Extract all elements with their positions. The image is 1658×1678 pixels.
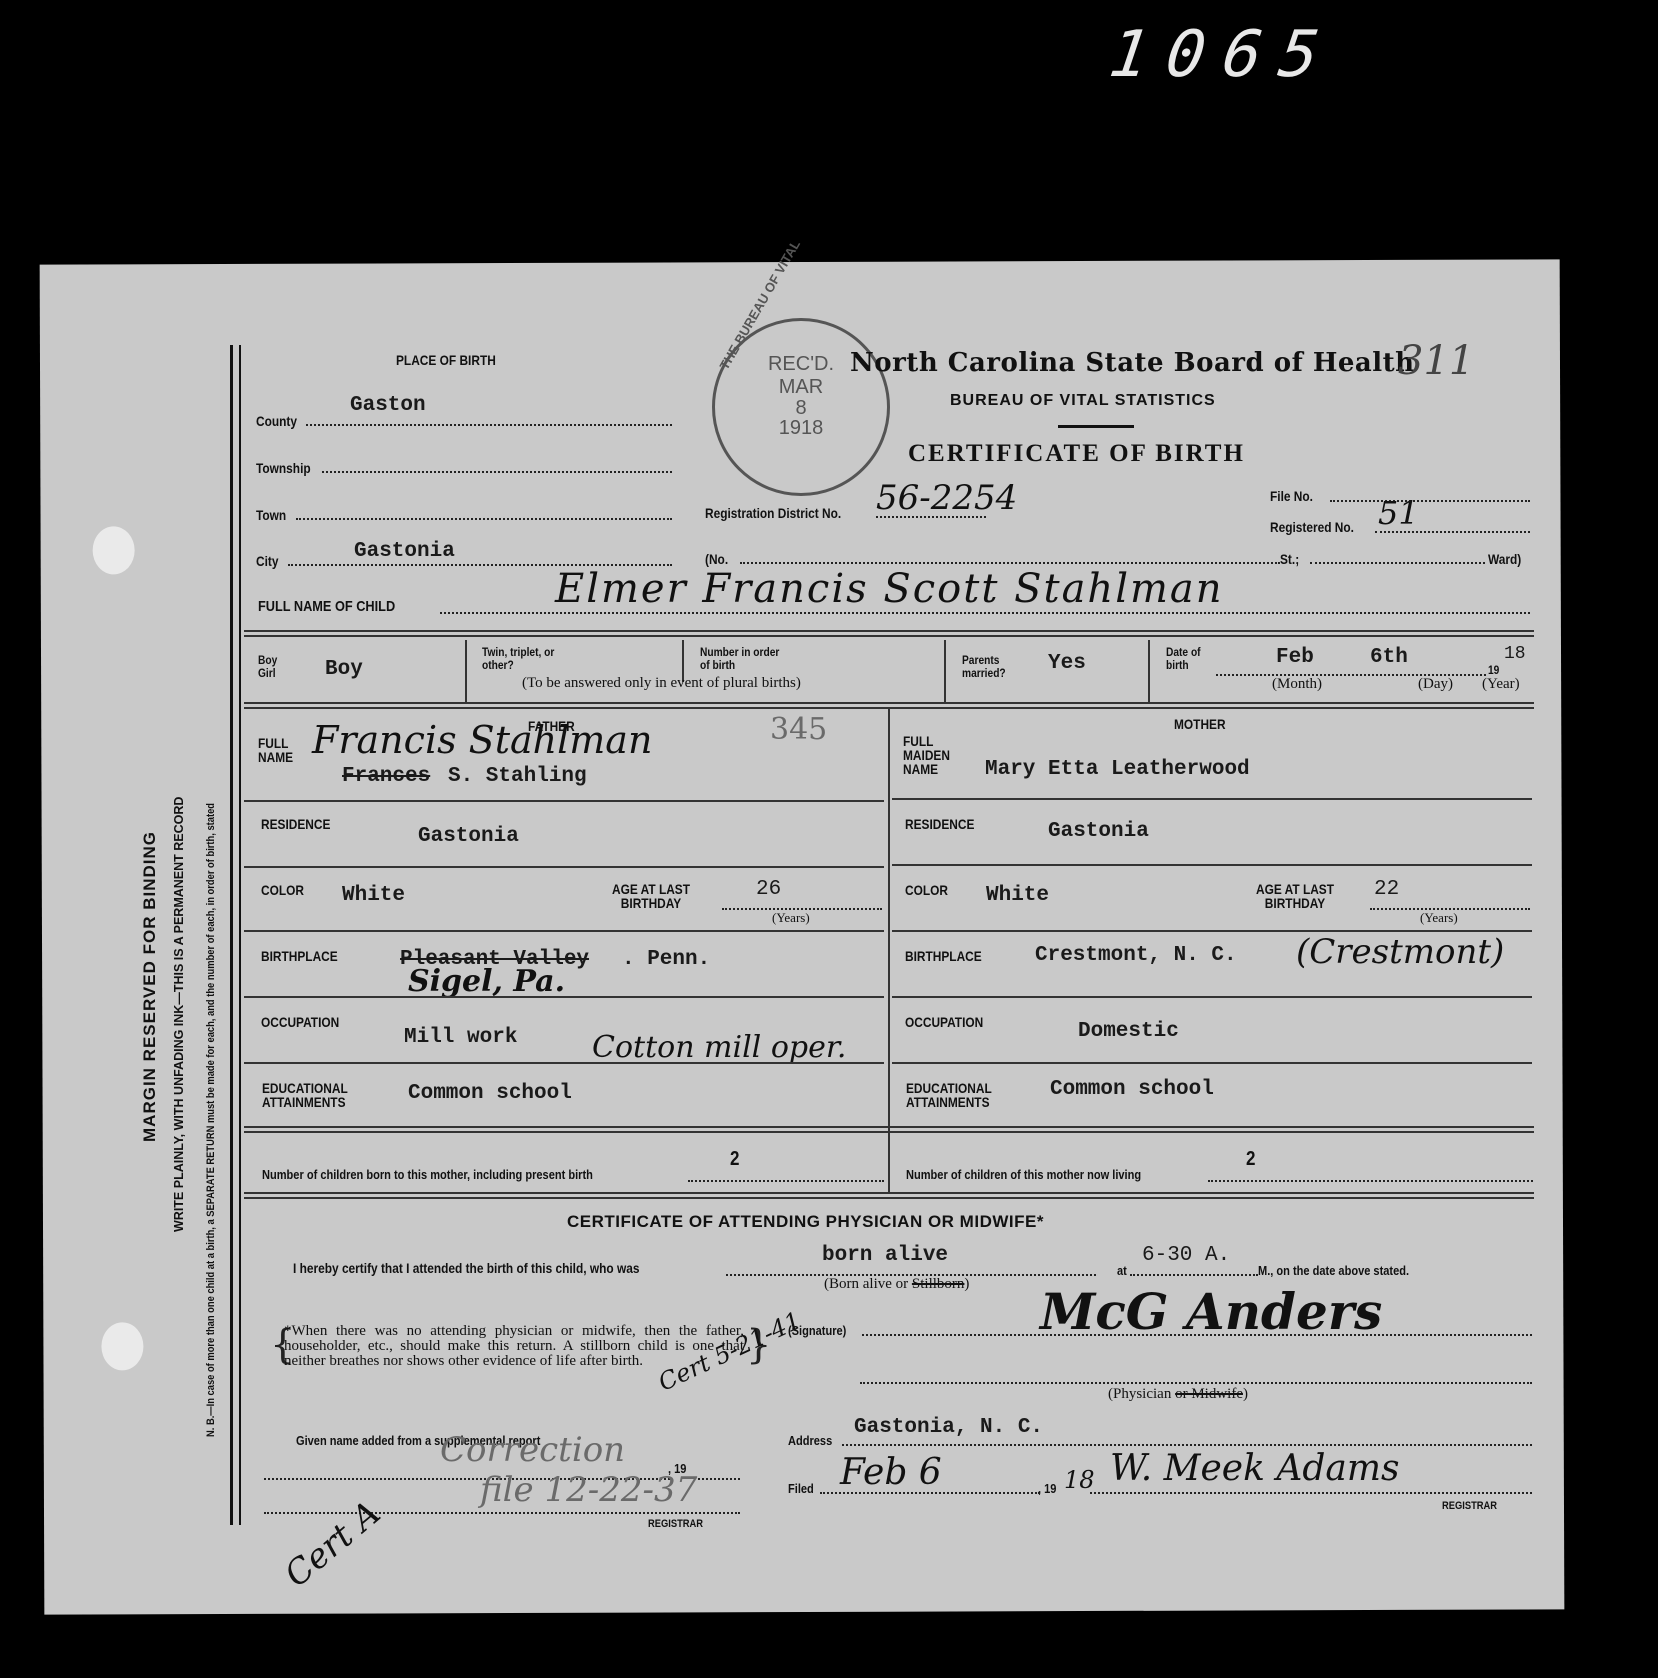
mother-birthplace-handwritten: (Crestmont) [1296,932,1504,972]
town-line [296,518,672,520]
city-label: City [256,553,278,569]
binding-hole-bottom [101,1322,143,1370]
registrar-line-right [1090,1492,1532,1494]
page-number-handwritten: 311 [1398,338,1474,384]
mn-3: NAME [903,761,938,777]
father-birthplace-handwritten: Sigel, Pa. [408,964,565,999]
file-line [1330,500,1530,502]
mother-color-label: COLOR [905,882,948,898]
father-name-handwritten: Francis Stahlman [312,718,652,762]
born-caption-struck: Stillborn [912,1276,965,1292]
divider [244,1062,884,1064]
parents-center-divider [888,708,890,1192]
file-label: File No. [1270,488,1313,504]
mother-occupation: Domestic [1078,1020,1179,1043]
parents-married-value: Yes [1048,652,1086,675]
divider-children [244,1126,1534,1133]
father-residence: Gastonia [418,825,519,848]
vdiv [465,640,467,702]
street-label: St.; [1280,551,1299,567]
bureau-title: BUREAU OF VITAL STATISTICS [950,392,1216,410]
at-label: at [1117,1264,1127,1277]
order-label: Number in order of birth [700,646,785,672]
mother-birthplace-label: BIRTHPLACE [905,948,982,964]
father-color-label: COLOR [261,882,304,898]
filed-year-prefix: , 19 [1038,1482,1056,1495]
divider [244,996,884,998]
age-label-2: BIRTHDAY [1265,895,1325,911]
child-name-value: Elmer Francis Scott Stahlman [555,566,1224,612]
twin-label: Twin, triplet, or other? [482,646,567,672]
plural-note: (To be answered only in event of plural … [522,675,801,692]
divider [892,864,1532,866]
mother-age: 22 [1374,878,1399,901]
write-plainly-text: WRITE PLAINLY, WITH UNFADING INK—THIS IS… [172,797,186,1232]
certify-text: I hereby certify that I attended the bir… [293,1262,639,1275]
year-caption: (Year) [1482,676,1520,693]
parents-married-label: Parents married? [962,654,1022,680]
certificate-title: CERTIFICATE OF BIRTH [908,440,1245,468]
given-year-line [698,1478,740,1480]
registered-value: 51 [1378,494,1419,532]
district-value: 56-2254 [876,478,1017,518]
mother-name: Mary Etta Leatherwood [985,758,1250,781]
child-name-line [440,612,1530,614]
father-education: Common school [408,1082,572,1105]
correction-note: Correction [440,1430,625,1470]
day-caption: (Day) [1418,676,1453,693]
filed-date: Feb 6 [840,1452,942,1493]
stamp-year: 1918 [715,417,887,440]
dob-label: Date of birth [1166,646,1213,672]
registrar-line-left [264,1512,740,1514]
divider-physician [244,1192,1534,1199]
mother-age-label: AGE AT LASTBIRTHDAY [1256,882,1334,910]
father-birthplace-typed: . Penn. [622,948,710,971]
physician-heading: CERTIFICATE OF ATTENDING PHYSICIAN OR MI… [567,1212,1044,1232]
stamp-day: 8 [715,399,887,417]
father-color: White [342,884,405,907]
binding-hole-top [93,526,135,574]
divider [244,930,884,932]
mother-name-label: FULLMAIDENNAME [903,734,950,776]
address-line [842,1444,1532,1446]
children-living-line [1208,1180,1533,1182]
divider [892,798,1532,800]
child-name-label: FULL NAME OF CHILD [258,598,395,615]
physician-address: Gastonia, N. C. [854,1416,1043,1439]
place-of-birth-heading: PLACE OF BIRTH [396,352,496,368]
father-name-typed: S. Stahling [448,765,587,788]
father-occupation-label: OCCUPATION [261,1014,339,1030]
father-years-caption: (Years) [772,910,810,926]
vdiv [1148,640,1150,702]
mother-color: White [986,884,1049,907]
vdiv [944,640,946,702]
correction-file: file 12-22-37 [480,1470,697,1510]
edu-label-2: ATTAINMENTS [906,1094,990,1110]
pc-end: ) [1243,1386,1248,1402]
father-name-label: FULL NAME [258,736,301,764]
mother-education: Common school [1050,1078,1214,1101]
ward-label: Ward) [1488,551,1521,567]
title-divider [1058,425,1134,428]
mother-occupation-label: OCCUPATION [905,1014,983,1030]
time-line [1130,1274,1258,1276]
form-border-left [230,345,241,1525]
mother-years-caption: (Years) [1420,910,1458,926]
father-education-label: EDUCATIONALATTAINMENTS [262,1081,348,1109]
pc-struck: or Midwife [1175,1386,1243,1402]
frame-number: 1065 [1105,18,1342,92]
father-occupation-handwritten: Cotton mill oper. [592,1030,846,1065]
divider [892,1062,1532,1064]
father-occupation: Mill work [404,1026,517,1049]
registered-label: Registered No. [1270,519,1354,535]
received-stamp: THE BUREAU OF VITAL REC'D. MAR 8 1918 [712,318,890,496]
registrar-label-left: REGISTRAR [648,1518,703,1531]
physician-signature: McG Anders [1040,1282,1382,1341]
age-label-2: BIRTHDAY [621,895,681,911]
mother-residence-label: RESIDENCE [905,816,974,832]
time-suffix: M., on the date above stated. [1258,1264,1409,1277]
county-line [306,424,672,426]
mother-education-label: EDUCATIONALATTAINMENTS [906,1081,992,1109]
girl-label: Girl [258,667,276,680]
month-caption: (Month) [1272,676,1322,693]
children-living-value: 2 [1246,1148,1255,1171]
father-birthplace-label: BIRTHPLACE [261,948,338,964]
district-label: Registration District No. [705,505,841,521]
registrar-signature: W. Meek Adams [1110,1448,1399,1489]
stamp-month: MAR [715,376,887,399]
township-label: Township [256,460,311,476]
registrar-label-right: REGISTRAR [1442,1500,1497,1513]
margin-reserved-text: MARGIN RESERVED FOR BINDING [140,831,160,1142]
signature-line-2 [860,1382,1532,1384]
father-name-struck: Frances [342,765,430,788]
divider [244,800,884,802]
children-living-label: Number of children of this mother now li… [906,1168,1141,1181]
vdiv [888,1134,890,1192]
board-title: North Carolina State Board of Health [850,348,1415,378]
born-caption-end: ) [964,1276,969,1292]
father-age: 26 [756,878,781,901]
born-caption: (Born alive or Stillborn) [824,1276,969,1293]
address-label: Address [788,1434,832,1447]
mother-birthplace: Crestmont, N. C. [1035,944,1237,967]
filed-year: 18 [1064,1466,1095,1494]
county-value: Gaston [350,394,426,417]
county-label: County [256,413,297,429]
city-value: Gastonia [354,540,455,563]
edu-label-2: ATTAINMENTS [262,1094,346,1110]
born-caption-plain: (Born alive or [824,1276,912,1292]
divider [892,996,1532,998]
nb-note-text: N. B.—In case of more than one child at … [205,803,217,1437]
ward-line [1310,562,1485,564]
divider [244,866,884,868]
born-status: born alive [822,1244,948,1267]
street-no-label: (No. [705,551,728,567]
pc-plain: (Physician [1108,1386,1175,1402]
children-born-line [688,1180,884,1182]
divider-child [244,630,1534,637]
dob-day: 6th [1370,646,1408,669]
father-residence-label: RESIDENCE [261,816,330,832]
street-line [740,562,1280,564]
physician-caption: (Physician or Midwife) [1108,1386,1248,1403]
father-age-label: AGE AT LASTBIRTHDAY [612,882,690,910]
sex-value: Boy [325,658,363,681]
mother-heading: MOTHER [1174,716,1226,732]
time-value: 6-30 A. [1142,1244,1230,1267]
filed-label: Filed [788,1482,814,1495]
township-line [322,471,672,473]
town-label: Town [256,507,286,523]
father-pencil-note: 345 [770,712,827,747]
children-born-value: 2 [730,1148,739,1171]
dob-month: Feb [1276,646,1314,669]
children-born-label: Number of children born to this mother, … [262,1168,593,1181]
mother-residence: Gastonia [1048,820,1149,843]
dob-year: 18 [1504,644,1526,664]
